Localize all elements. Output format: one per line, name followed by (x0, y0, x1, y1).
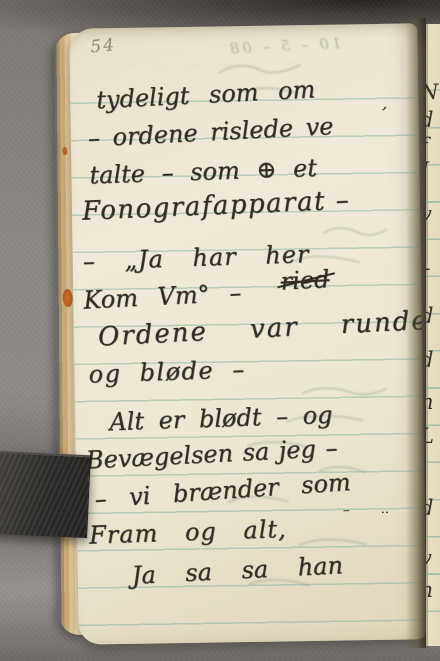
ink-fragment: v (426, 202, 432, 226)
ink-fragment: d (426, 348, 433, 372)
photo-of-notebook: 54 10 – 5 – 08 tydeligt som om – ordene … (0, 0, 440, 661)
handwriting-line: tydeligt som om (96, 75, 316, 114)
ink-fragment: d (426, 108, 433, 132)
ink-fragment: f (426, 134, 428, 158)
rust-stain (62, 147, 67, 155)
handwriting-line: Alt er blødt – og (109, 401, 333, 436)
facing-page-edge: N d f J v – d d n L d v h (426, 24, 440, 646)
ink-mark: ’ (379, 104, 388, 125)
ink-fragment: d (426, 496, 433, 520)
notebook-page: 54 10 – 5 – 08 tydeligt som om – ordene … (69, 23, 427, 644)
binding-gutter (406, 18, 426, 648)
handwriting-line: – ordene rislede ve (87, 112, 334, 152)
handwriting-line: Bevægelsen sa jeg – (85, 434, 338, 475)
ink-fragment: d (426, 304, 433, 328)
ink-fragment: N (426, 80, 438, 104)
ink-fragment: v (426, 546, 432, 570)
book-strap (0, 451, 91, 538)
bleedthrough-date: 10 – 5 – 08 (201, 34, 342, 59)
ink-fragment: n (426, 390, 434, 414)
handwriting-line: talte – som ⊕ et (89, 154, 317, 190)
handwriting-text: Kom Vm° – (83, 279, 242, 315)
rust-stain (63, 289, 73, 307)
handwriting-line: og bløde – (88, 355, 246, 388)
page-number: 54 (90, 35, 118, 58)
ink-fragment: J (426, 158, 428, 182)
ink-mark: – (343, 502, 350, 518)
ink-fragment: – (426, 256, 431, 280)
handwriting-line: Ja sa sa han (131, 551, 343, 590)
handwriting-line: Kom Vm° –ried (83, 274, 331, 314)
handwriting-line: – „Ja har her (82, 240, 309, 275)
handwriting-line: Fram og alt, (89, 515, 287, 550)
handwriting-line: – vi brænder som (94, 468, 352, 513)
handwriting-line: Fonografapparat – (81, 185, 350, 226)
handwriting-line: Ordene var runde (97, 306, 427, 353)
ink-mark: ·· (381, 506, 390, 521)
ink-fragment: h (426, 578, 434, 602)
struck-out-word: ried (280, 265, 330, 295)
ink-fragment: L (426, 424, 434, 448)
